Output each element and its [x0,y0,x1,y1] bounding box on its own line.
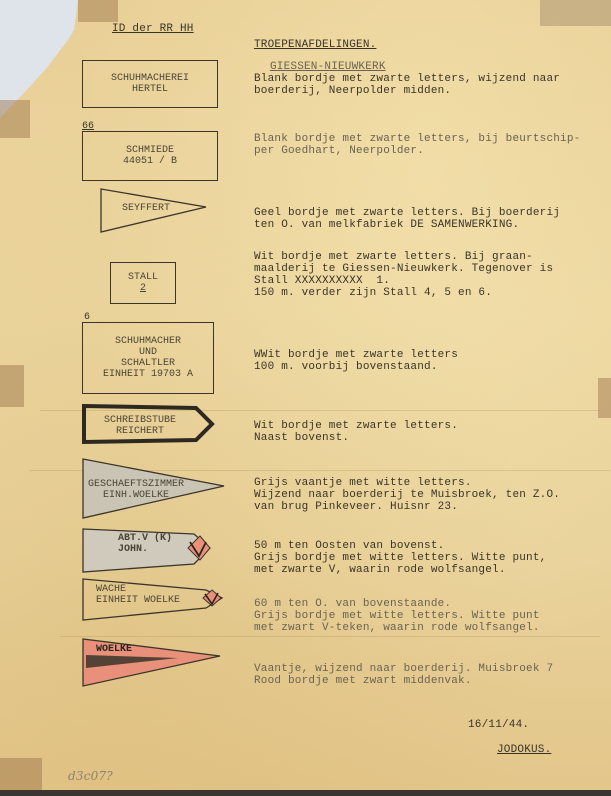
sign-schmiede: SCHMIEDE 44051 / B [82,131,218,181]
entry-3-description: Geel bordje met zwarte letters. Bij boer… [254,207,560,231]
sign-line: WOELKE [96,644,132,655]
sign-line: SCHMIEDE [126,145,174,156]
sign-geschaeftszimmer-label: GESCHAEFTSZIMMER EINH.WOELKE [88,479,184,501]
desc-line: Grijs bordje met witte letters. Witte pu… [254,552,546,564]
desc-line: Vaantje, wijzend naar boerderij. Muisbro… [254,663,553,675]
desc-line: boerderij, Neerpolder midden. [254,85,451,97]
desc-line: 60 m ten O. van bovenstaande. [254,598,451,610]
desc-line: Naast bovenst. [254,432,349,444]
bottom-edge [0,790,611,796]
desc-line: 100 m. voorbij bovenstaand. [254,361,438,373]
sign-abt-v-label: ABT.V (K) JOHN. [118,533,172,555]
sign-line: ABT.V (K) [118,533,172,544]
sign-line: SCHALTLER [121,358,175,369]
desc-line: Wijzend naar boerderij te Muisbroek, ten… [254,489,560,501]
desc-line: per Goedhart, Neerpolder. [254,145,424,157]
desc-line: 50 m ten Oosten van bovenst. [254,540,444,552]
document-date: 16/11/44. [468,719,529,731]
desc-line: met zwart V-teken, waarin rode wolfsange… [254,622,540,634]
sign-line: 2 [140,283,146,294]
desc-line: ten O. van melkfabriek DE SAMENWERKING. [254,219,519,231]
sign-line: SCHREIBSTUBE [104,415,176,426]
tape-mark [540,0,611,26]
desc-line: Blank bordje met zwarte letters, bij beu… [254,133,580,145]
entry-8-description: 50 m ten Oosten van bovenst. Grijs bordj… [254,540,546,576]
tape-mark [0,758,42,790]
sign-line: UND [139,347,157,358]
sign-line: EINHEIT WOELKE [96,595,180,606]
desc-line: 150 m. verder zijn Stall 4, 5 en 6. [254,287,492,299]
sign-line: SCHUHMACHER [115,336,181,347]
sign-schuhmacher-und-schaltler: SCHUHMACHER UND SCHALTLER EINHEIT 19703 … [82,322,214,394]
desc-line: Rood bordje met zwart middenvak. [254,675,472,687]
desc-line: Wit bordje met zwarte letters. [254,420,458,432]
sign-line: WACHE [96,584,126,595]
tape-mark [0,365,24,407]
desc-line: Grijs vaantje met witte letters. [254,477,472,489]
desc-line: met zwarte V, waarin rode wolfsangel. [254,564,506,576]
entry-7-description: Grijs vaantje met witte letters. Wijzend… [254,477,560,513]
desc-line: Stall XXXXXXXXXX 1. [254,275,390,287]
tape-mark [598,378,611,418]
desc-line: van brug Pinkeveer. Huisnr 23. [254,501,458,513]
sign-line: 44051 / B [123,156,177,167]
desc-line: maalderij te Giessen-Nieuwkerk. Tegenove… [254,263,553,275]
entry-2-description: Blank bordje met zwarte letters, bij beu… [254,133,580,157]
sign-line: EINH.WOELKE [103,490,169,501]
entry-9-description: 60 m ten O. van bovenstaande. Grijs bord… [254,598,540,634]
desc-line: Grijs bordje met witte letters. Witte pu… [254,610,540,622]
sign-line: SEYFFERT [122,203,170,214]
sign-line: REICHERT [116,426,164,437]
sign-line: JOHN. [118,544,148,555]
desc-line: Wit bordje met zwarte letters. Bij graan… [254,251,533,263]
desc-line: WWit bordje met zwarte letters [254,349,458,361]
entry-1-description: Blank bordje met zwarte letters, wijzend… [254,73,560,97]
sign-schreibstube-label: SCHREIBSTUBE REICHERT [104,415,176,437]
sign-wache-label: WACHE EINHEIT WOELKE [96,584,180,606]
tape-mark [78,0,118,22]
entry-10-description: Vaantje, wijzend naar boerderij. Muisbro… [254,663,553,687]
sign-line: GESCHAEFTSZIMMER [88,479,184,490]
entry-5-description: WWit bordje met zwarte letters 100 m. vo… [254,349,458,373]
desc-line: Geel bordje met zwarte letters. Bij boer… [254,207,560,219]
tape-mark [0,100,30,138]
pencil-archive-note: d3c07? [68,770,113,782]
signature: JODOKUS. [497,744,551,756]
header-right-title: TROEPENAFDELINGEN. [254,39,376,51]
sign-stall-2: STALL 2 [110,262,176,304]
sign-schuhmacherei-hertel: SCHUHMACHEREI HERTEL [82,60,218,108]
sign-line: SCHUHMACHEREI [111,73,189,84]
sign-line: HERTEL [132,84,168,95]
header-left-title: ID der RR HH [112,23,194,35]
entry-4-description: Wit bordje met zwarte letters. Bij graan… [254,251,553,299]
entry-6-description: Wit bordje met zwarte letters. Naast bov… [254,420,458,444]
crease [60,636,600,637]
desc-line: Blank bordje met zwarte letters, wijzend… [254,73,560,85]
location-heading: GIESSEN-NIEUWKERK [270,61,386,73]
sign-line: STALL [128,272,158,283]
sign-line: EINHEIT 19703 A [103,369,193,380]
